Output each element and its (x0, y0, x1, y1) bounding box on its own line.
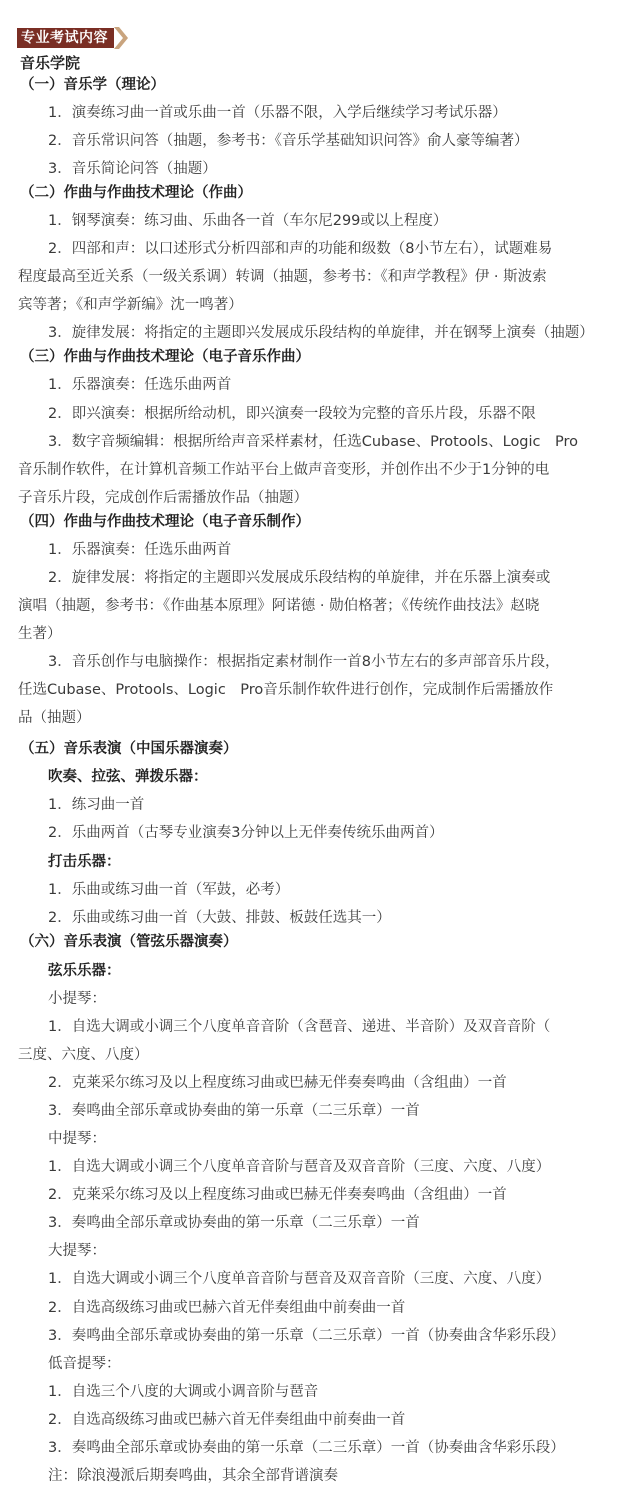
list-item: 1．乐曲或练习曲一首（军鼓，必考） (48, 880, 620, 900)
list-item: 2．自选高级练习曲或巴赫六首无伴奏组曲中前奏曲一首 (48, 1410, 620, 1430)
list-item: 2．乐曲两首（古琴专业演奏3分钟以上无伴奏传统乐曲两首） (48, 823, 620, 843)
list-item-continued: 生著） (18, 624, 620, 644)
list-item-continued: 任选Cubase、Protools、Logic Pro音乐制作软件进行创作，完成… (18, 680, 620, 700)
list-item: 2．旋律发展：将指定的主题即兴发展成乐段结构的单旋律，并在乐器上演奏或 (48, 568, 620, 588)
list-item: 1．自选大调或小调三个八度单音音阶（含琶音、递进、半音阶）及双音音阶（ (48, 1017, 620, 1037)
list-item: 3．音乐创作与电脑操作：根据指定素材制作一首8小节左右的多声部音乐片段， (48, 652, 620, 672)
list-item: 2．乐曲或练习曲一首（大鼓、排鼓、板鼓任选其一） (48, 908, 620, 928)
list-item: 3．数字音频编辑：根据所给声音采样素材，任选Cubase、Protools、Lo… (48, 432, 620, 452)
instrument-label: 小提琴： (48, 989, 620, 1009)
list-item: 3．奏鸣曲全部乐章或协奏曲的第一乐章（二三乐章）一首（协奏曲含华彩乐段） (48, 1326, 620, 1346)
list-item: 1．演奏练习曲一首或乐曲一首（乐器不限，入学后继续学习考试乐器） (48, 103, 620, 123)
subgroup-label: 吹奏、拉弦、弹拨乐器： (48, 767, 620, 787)
instrument-label: 低音提琴： (48, 1354, 620, 1374)
list-item-continued: 宾等著；《和声学新编》沈一鸣著） (18, 295, 620, 315)
list-item-continued: 音乐制作软件，在计算机音频工作站平台上做声音变形，并创作出不少于1分钟的电 (18, 460, 620, 480)
list-item: 1．自选大调或小调三个八度单音音阶与琶音及双音音阶（三度、六度、八度） (48, 1157, 620, 1177)
chevron-right-icon (114, 27, 128, 49)
list-item-continued: 子音乐片段，完成创作后需播放作品（抽题） (18, 488, 620, 508)
list-item: 2．即兴演奏：根据所给动机，即兴演奏一段较为完整的音乐片段，乐器不限 (48, 404, 620, 424)
list-item: 3．旋律发展：将指定的主题即兴发展成乐段结构的单旋律，并在钢琴上演奏（抽题） (48, 323, 620, 343)
section-heading: （五）音乐表演（中国乐器演奏） (20, 739, 620, 759)
section-heading: （三）作曲与作曲技术理论（电子音乐作曲） (20, 347, 620, 367)
list-item-continued: 演唱（抽题，参考书：《作曲基本原理》阿诺德 · 勋伯格著；《传统作曲技法》赵晓 (18, 596, 620, 616)
note-text: 注：除浪漫派后期奏鸣曲，其余全部背谱演奏 (48, 1466, 620, 1486)
list-item: 3．奏鸣曲全部乐章或协奏曲的第一乐章（二三乐章）一首（协奏曲含华彩乐段） (48, 1438, 620, 1458)
list-item: 2．音乐常识问答（抽题，参考书：《音乐学基础知识问答》俞人豪等编著） (48, 131, 620, 151)
section-badge: 专业考试内容 (17, 27, 128, 49)
list-item-continued: 程度最高至近关系（一级关系调）转调（抽题，参考书：《和声学教程》伊 · 斯波索 (18, 267, 620, 287)
list-item: 2．自选高级练习曲或巴赫六首无伴奏组曲中前奏曲一首 (48, 1298, 620, 1318)
list-item: 3．奏鸣曲全部乐章或协奏曲的第一乐章（二三乐章）一首 (48, 1213, 620, 1233)
list-item: 1．乐器演奏：任选乐曲两首 (48, 375, 620, 395)
badge-label: 专业考试内容 (17, 28, 114, 48)
subgroup-label: 打击乐器： (48, 852, 620, 872)
section-heading: （一）音乐学（理论） (20, 75, 620, 95)
college-title: 音乐学院 (20, 53, 620, 73)
list-item: 1．乐器演奏：任选乐曲两首 (48, 540, 620, 560)
list-item: 3．奏鸣曲全部乐章或协奏曲的第一乐章（二三乐章）一首 (48, 1101, 620, 1121)
instrument-label: 中提琴： (48, 1129, 620, 1149)
list-item: 2．克莱采尔练习及以上程度练习曲或巴赫无伴奏奏鸣曲（含组曲）一首 (48, 1185, 620, 1205)
list-item: 3．音乐简论问答（抽题） (48, 159, 620, 179)
section-heading: （二）作曲与作曲技术理论（作曲） (20, 183, 620, 203)
list-item-continued: 三度、六度、八度） (18, 1045, 620, 1065)
list-item: 1．自选大调或小调三个八度单音音阶与琶音及双音音阶（三度、六度、八度） (48, 1269, 620, 1289)
instrument-label: 大提琴： (48, 1241, 620, 1261)
list-item: 1．自选三个八度的大调或小调音阶与琶音 (48, 1382, 620, 1402)
group-label: 弦乐乐器： (48, 961, 620, 981)
list-item: 2．四部和声：以口述形式分析四部和声的功能和级数（8小节左右），试题难易 (48, 239, 620, 259)
list-item: 1．练习曲一首 (48, 795, 620, 815)
section-heading: （六）音乐表演（管弦乐器演奏） (20, 932, 620, 952)
list-item-continued: 品（抽题） (18, 708, 620, 728)
list-item: 2．克莱采尔练习及以上程度练习曲或巴赫无伴奏奏鸣曲（含组曲）一首 (48, 1073, 620, 1093)
section-heading: （四）作曲与作曲技术理论（电子音乐制作） (20, 512, 620, 532)
list-item: 1．钢琴演奏：练习曲、乐曲各一首（车尔尼299或以上程度） (48, 211, 620, 231)
